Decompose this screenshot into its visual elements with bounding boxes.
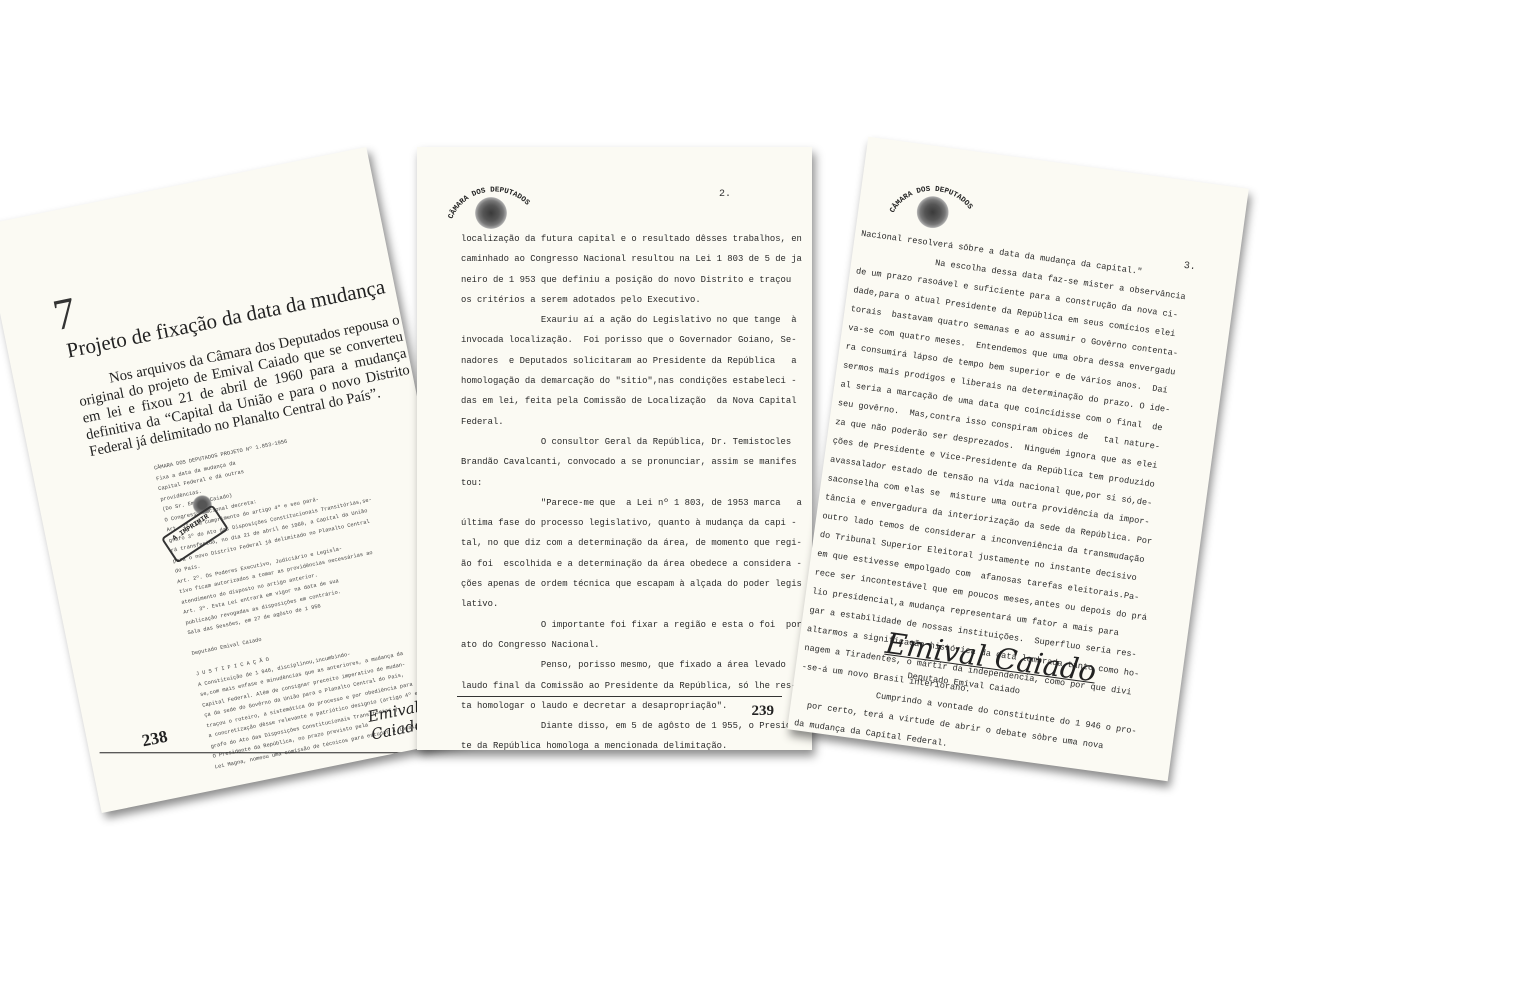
book-page-238: 7 Projeto de fixação da data da mudança … xyxy=(0,147,486,813)
book-page-239: CÂMARA DOS DEPUTADOS 2. localização da f… xyxy=(417,147,812,750)
text-line: ções apenas de ordem técnica que escapam… xyxy=(461,574,812,594)
chapter-number: 7 xyxy=(49,287,81,341)
text-line: tou: xyxy=(461,473,812,493)
typed-text: Nacional resolverá sôbre a data da mudan… xyxy=(790,225,1199,782)
text-line: caminhado ao Congresso Nacional resultou… xyxy=(461,249,812,269)
text-line: te da República homologa a mencionada de… xyxy=(461,736,812,750)
text-line: invocada localização. Foi porisso que o … xyxy=(461,330,812,350)
text-line: os critérios a serem adotados pelo Execu… xyxy=(461,290,812,310)
text-line: homologação da demarcação do "sitio",nas… xyxy=(461,371,812,391)
text-line: Exauriu aí a ação do Legislativo no que … xyxy=(461,310,812,330)
footer-rule xyxy=(100,752,486,753)
text-line: laudo final da Comissão ao Presidente da… xyxy=(461,676,812,696)
typed-sheet-3: CÂMARA DOS DEPUTADOS 3. Nacional resolve… xyxy=(787,137,1249,782)
text-line: Federal. xyxy=(461,412,812,432)
text-line: Penso, porisso mesmo, que fixado a área … xyxy=(461,655,812,675)
text-line: O consultor Geral da República, Dr. Temi… xyxy=(461,432,812,452)
text-line: Brandão Cavalcanti, convocado a se pronu… xyxy=(461,452,812,472)
text-line: "Parece-me que a Lei nº 1 803, de 1953 m… xyxy=(461,493,812,513)
sheet-number: 2. xyxy=(719,189,731,200)
text-line: ão foi escolhida e a determinação da áre… xyxy=(461,554,812,574)
text-line: O importante foi fixar a região e esta o… xyxy=(461,615,812,635)
typed-text: localização da futura capital e o result… xyxy=(461,229,812,750)
text-line: ato do Congresso Nacional. xyxy=(461,635,812,655)
text-line: lativo. xyxy=(461,594,812,614)
text-line: neiro de 1 953 que definiu a posição do … xyxy=(461,270,812,290)
text-line: nadores e Deputados solicitaram ao Presi… xyxy=(461,351,812,371)
footer-rule xyxy=(457,696,782,697)
text-line: última fase do processo legislativo, qua… xyxy=(461,513,812,533)
coat-of-arms-icon xyxy=(475,197,507,229)
text-line: localização da futura capital e o result… xyxy=(461,229,812,249)
page-number: 238 xyxy=(140,727,169,752)
text-line: tal, no que diz com a determinação da ár… xyxy=(461,533,812,553)
text-line: das em lei, feita pela Comissão de Local… xyxy=(461,391,812,411)
page-number: 239 xyxy=(752,703,775,720)
